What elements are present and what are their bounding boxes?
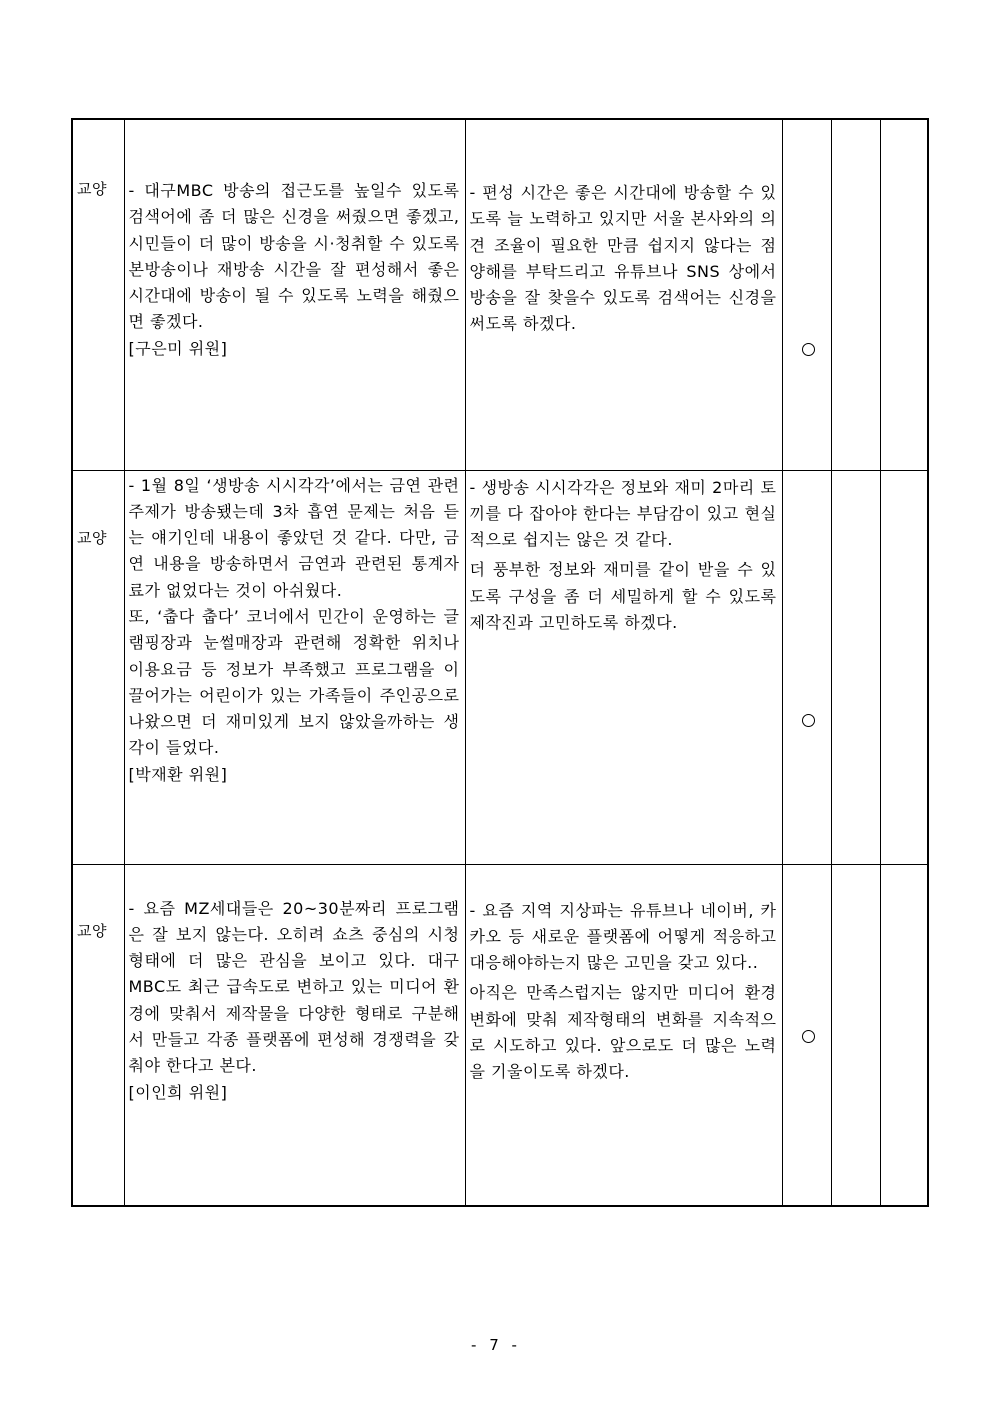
response-text: - 요즘 지역 지상파는 유튜브나 네이버, 카카오 등 새로운 플랫폼에 어떻… <box>470 898 777 977</box>
category-label: 교양 <box>77 918 107 944</box>
opinion-cell: - 1월 8일 ‘생방송 시시각각’에서는 금연 관련 주제가 방송됐는데 3차… <box>124 470 465 864</box>
opinion-cell: - 요즘 MZ세대들은 20~30분짜리 프로그램은 잘 보지 않는다. 오히려… <box>124 864 465 1206</box>
mark-cell-2 <box>831 470 880 864</box>
opinion-text: 또, ‘춥다 춥다’ 코너에서 민간이 운영하는 글램핑장과 눈썰매장과 관련해… <box>129 604 460 762</box>
response-text: - 생방송 시시각각은 정보와 재미 2마리 토끼를 다 잡아야 한다는 부담감… <box>470 475 777 554</box>
mark-cell-3 <box>880 470 928 864</box>
page-number: - 7 - <box>0 1336 992 1354</box>
member-name: [이인희 위원] <box>129 1080 460 1106</box>
mark-cell-1 <box>782 470 831 864</box>
category-cell: 교양 <box>72 864 124 1206</box>
mark-cell-2 <box>831 864 880 1206</box>
member-name: [구은미 위원] <box>129 336 460 362</box>
category-cell: 교양 <box>72 119 124 470</box>
document-page: 교양 - 대구MBC 방송의 접근도를 높일수 있도록 검색어에 좀 더 많은 … <box>0 0 992 1403</box>
category-label: 교양 <box>77 176 107 202</box>
table-row: 교양 - 대구MBC 방송의 접근도를 높일수 있도록 검색어에 좀 더 많은 … <box>72 119 928 470</box>
opinion-text: - 요즘 MZ세대들은 20~30분짜리 프로그램은 잘 보지 않는다. 오히려… <box>129 896 460 1080</box>
response-text: 더 풍부한 정보와 재미를 같이 받을 수 있도록 구성을 좀 더 세밀하게 할… <box>470 557 777 636</box>
category-label: 교양 <box>77 525 107 551</box>
member-name: [박재환 위원] <box>129 762 460 788</box>
response-cell: - 요즘 지역 지상파는 유튜브나 네이버, 카카오 등 새로운 플랫폼에 어떻… <box>465 864 782 1206</box>
mark-cell-3 <box>880 119 928 470</box>
opinion-cell: - 대구MBC 방송의 접근도를 높일수 있도록 검색어에 좀 더 많은 신경을… <box>124 119 465 470</box>
response-cell: - 생방송 시시각각은 정보와 재미 2마리 토끼를 다 잡아야 한다는 부담감… <box>465 470 782 864</box>
category-cell: 교양 <box>72 470 124 864</box>
response-cell: - 편성 시간은 좋은 시간대에 방송할 수 있도록 늘 노력하고 있지만 서울… <box>465 119 782 470</box>
mark-cell-1 <box>782 119 831 470</box>
response-text: - 편성 시간은 좋은 시간대에 방송할 수 있도록 늘 노력하고 있지만 서울… <box>470 180 777 338</box>
circle-mark-icon <box>802 714 815 727</box>
response-text: 아직은 만족스럽지는 않지만 미디어 환경변화에 맞춰 제작형태의 변화를 지속… <box>470 980 777 1085</box>
review-table: 교양 - 대구MBC 방송의 접근도를 높일수 있도록 검색어에 좀 더 많은 … <box>71 118 929 1207</box>
table-row: 교양 - 요즘 MZ세대들은 20~30분짜리 프로그램은 잘 보지 않는다. … <box>72 864 928 1206</box>
opinion-text: - 1월 8일 ‘생방송 시시각각’에서는 금연 관련 주제가 방송됐는데 3차… <box>129 473 460 604</box>
table-row: 교양 - 1월 8일 ‘생방송 시시각각’에서는 금연 관련 주제가 방송됐는데… <box>72 470 928 864</box>
circle-mark-icon <box>802 1030 815 1043</box>
mark-cell-3 <box>880 864 928 1206</box>
mark-cell-2 <box>831 119 880 470</box>
mark-cell-1 <box>782 864 831 1206</box>
circle-mark-icon <box>802 343 815 356</box>
opinion-text: - 대구MBC 방송의 접근도를 높일수 있도록 검색어에 좀 더 많은 신경을… <box>129 178 460 336</box>
